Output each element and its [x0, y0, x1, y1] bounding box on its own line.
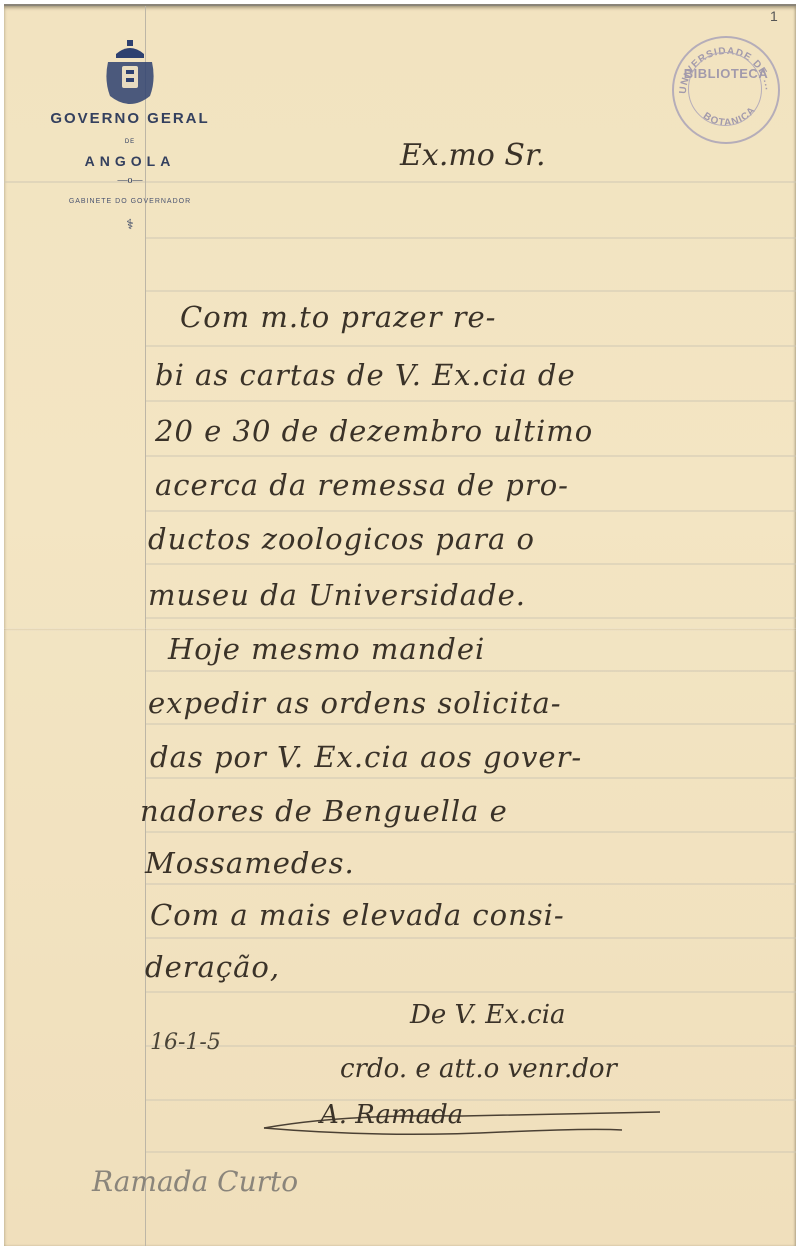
- closing-line: crdo. e att.o venr.dor: [340, 1054, 617, 1084]
- salutation: Ex.mo Sr.: [400, 138, 546, 173]
- letterhead: GOVERNO GERAL DE ANGOLA —o— GABINETE DO …: [20, 40, 240, 234]
- paper-fold: [4, 628, 796, 631]
- coat-of-arms-icon: [100, 40, 160, 106]
- ornament-icon: —o—: [20, 175, 240, 186]
- letterhead-angola: ANGOLA: [20, 153, 240, 169]
- body-line: ductos zoologicos para o: [148, 522, 535, 556]
- page-number: 1: [770, 8, 778, 24]
- pencil-annotation: Ramada Curto: [92, 1165, 298, 1198]
- stamp-center-text: BIBLIOTECA: [674, 66, 778, 81]
- letterhead-de: DE: [20, 139, 240, 145]
- body-line: expedir as ordens solicita-: [148, 686, 562, 720]
- body-line: nadores de Benguella e: [140, 794, 508, 828]
- body-line: 20 e 30 de dezembro ultimo: [155, 414, 593, 448]
- body-line: deração,: [145, 950, 280, 984]
- letterhead-cabinet: GABINETE DO GOVERNADOR: [20, 198, 240, 205]
- body-line: Com a mais elevada consi-: [150, 898, 565, 932]
- body-line: museu da Universidade.: [148, 578, 526, 612]
- stamp-inner-ring: [688, 52, 762, 126]
- body-line: acerca da remessa de pro-: [155, 468, 569, 502]
- letter-date: 16-1-5: [150, 1030, 221, 1055]
- closing-line: De V. Ex.cia: [410, 1000, 566, 1030]
- signature: A. Ramada: [320, 1100, 463, 1130]
- body-line: Hoje mesmo mandei: [168, 632, 485, 666]
- body-line: Com m.to prazer re-: [180, 300, 496, 334]
- letterhead-title: GOVERNO GERAL: [20, 110, 240, 127]
- body-line: Mossamedes.: [145, 846, 355, 880]
- library-stamp: UNIVERSIDADE DE ... BOTANICA BIBLIOTECA: [672, 36, 780, 144]
- caduceus-icon: ⚕: [20, 217, 240, 234]
- body-line: bi as cartas de V. Ex.cia de: [155, 358, 576, 392]
- body-line: das por V. Ex.cia aos gover-: [150, 740, 582, 774]
